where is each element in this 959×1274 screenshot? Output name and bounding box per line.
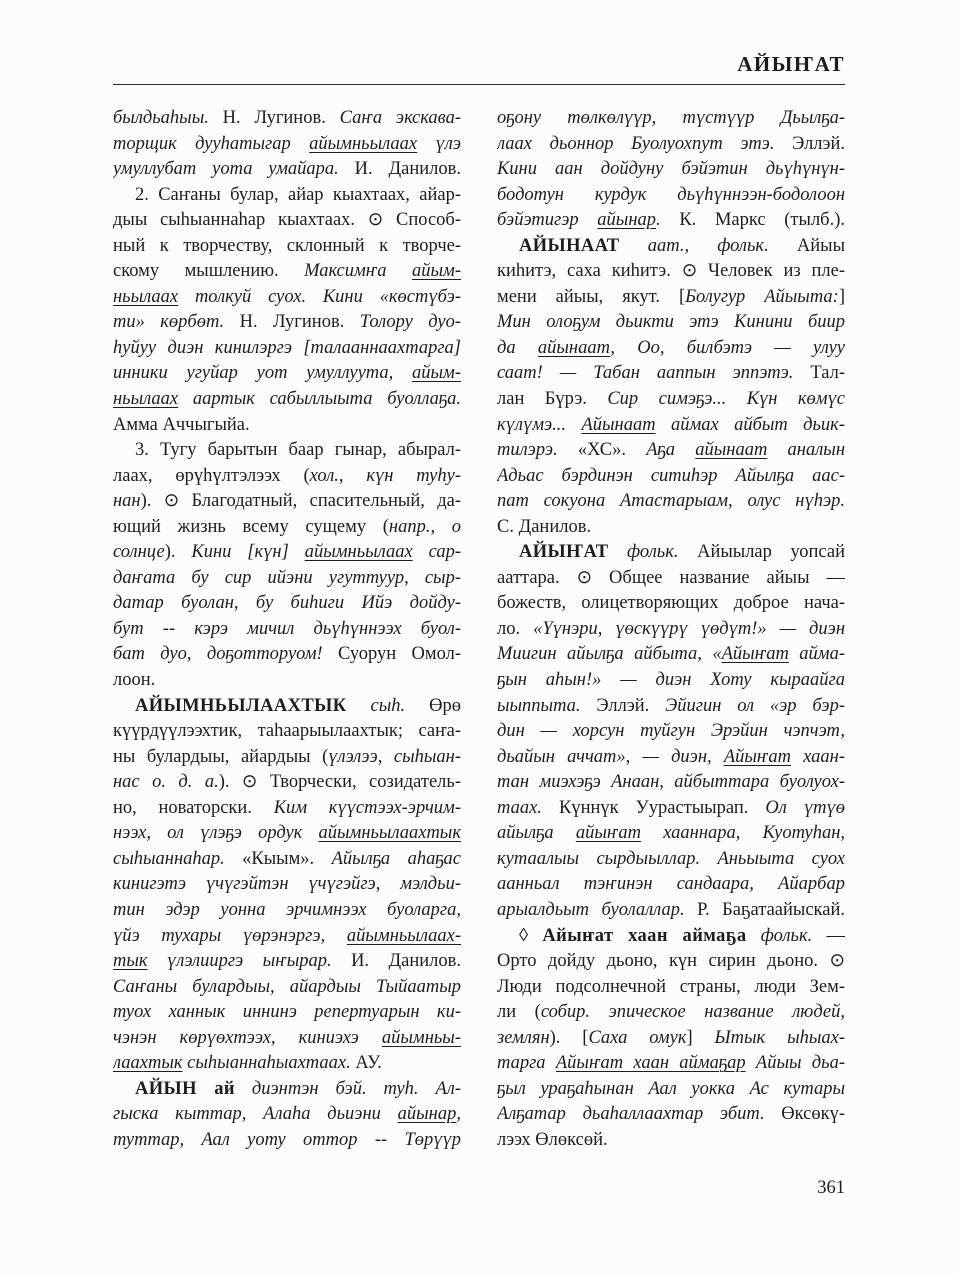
text-segment: собир. эпическое название людей, xyxy=(541,1002,845,1022)
text-segment: ли ( xyxy=(497,1002,541,1022)
text-segment: ). ⊙ Творчески, созидатель- xyxy=(219,772,461,792)
text-segment: айымньылаах xyxy=(309,134,417,154)
text-segment: ны булардыы, айардыы ( xyxy=(113,747,328,767)
text-segment: ). ⊙ Благодатный, спасительный, да- xyxy=(141,491,461,511)
text-line: ти» көрбөт. Н. Лугинов. Толору дуо- xyxy=(113,310,461,336)
text-segment: хаан- xyxy=(791,747,845,767)
text-line: бодотун курдук дьүһүннээн-бодолоон xyxy=(497,183,845,209)
text-segment: даҥата бу сир ийэни угуттуур, сыр- xyxy=(113,568,461,588)
text-segment: туох ханнык иннинэ репертуарын ки- xyxy=(113,1002,461,1022)
text-line: 2. Саҥаны булар, айар кыахтаах, айар- xyxy=(113,183,461,209)
text-line: ◊ Айыҥат хаан аймаҕа фольк. — xyxy=(497,924,845,950)
text-segment: айынаат xyxy=(538,338,611,358)
text-segment: Адьас бэрдинэн ситиһэр Айылҕа аас- xyxy=(497,466,845,486)
text-segment: киһитэ, саха киһитэ. ⊙ Человек из пле- xyxy=(497,261,845,281)
text-line: дыы сыһыаннаһар кыахтаах. ⊙ Способ- xyxy=(113,208,461,234)
text-line: Миигин айылҕа айбыта, «Айыҥат айма- xyxy=(497,642,845,668)
text-segment: тилэрэ. xyxy=(497,440,558,460)
text-segment: «ХС». xyxy=(558,440,647,460)
text-line: тарга Айыҥат хаан аймаҕар Айыы дьа- xyxy=(497,1051,845,1077)
text-segment: АЙЫҤАТ xyxy=(519,542,608,562)
text-segment: лаах, өрүһүлтэлээх ( xyxy=(113,466,310,486)
text-line: умуллубат уота умайара. И. Данилов. xyxy=(113,157,461,183)
text-segment: «Кыым». xyxy=(225,849,332,869)
text-segment: Люди подсолнечной страны, люди Зем- xyxy=(497,977,845,997)
text-line: оҕону төлкөлүүр, түстүүр Дьылҕа- xyxy=(497,106,845,132)
text-line: бут -- кэрэ мичил дьүһүннээх буол- xyxy=(113,617,461,643)
text-segment: Амма Аччыгыйа. xyxy=(113,415,250,435)
text-segment: ҕыл ураҕаһынан Аал уокка Ас кутары xyxy=(497,1079,845,1099)
text-segment: Н. Лугинов. xyxy=(209,108,340,128)
text-segment: туттар, Аал уоту оттор -- Төрүүр xyxy=(113,1130,461,1150)
text-segment: С. Данилов. xyxy=(497,517,591,537)
text-line: Кини аан дойдуну бэйэтин дьүһүнүн- xyxy=(497,157,845,183)
text-line: Мин олоҕум дьикти этэ Кинини биир xyxy=(497,310,845,336)
page-number: 361 xyxy=(113,1178,845,1199)
text-line: дин — хорсун туйгун Эрэйин чэпчэт, xyxy=(497,719,845,745)
text-segment: оҕону төлкөлүүр, түстүүр Дьылҕа- xyxy=(497,108,845,128)
text-segment: айма- xyxy=(789,644,845,664)
text-line: нээх, ол үлэҕэ ордук айымньылаахтык xyxy=(113,821,461,847)
column-right: оҕону төлкөлүүр, түстүүр Дьылҕа-лаах дьо… xyxy=(497,106,845,1153)
text-segment: Сир симэҕэ... Күн көмүс xyxy=(607,389,845,409)
text-segment: ло. xyxy=(497,619,533,639)
text-segment: Миигин айылҕа айбыта, « xyxy=(497,644,722,664)
text-segment: айынар xyxy=(597,210,656,230)
text-line: ющий жизнь всему сущему (напр., о xyxy=(113,515,461,541)
text-segment: Айыҥат xyxy=(722,644,789,664)
text-segment: кутаалыы сырдыыллар. Аньыыта суох xyxy=(497,849,845,869)
text-segment: нээх, ол үлэҕэ ордук xyxy=(113,823,318,843)
text-segment: Мин олоҕум дьикти этэ Кинини биир xyxy=(497,312,845,332)
text-line: дьайын аччат», — диэн, Айыҥат хаан- xyxy=(497,745,845,771)
text-line: нас о. д. а.). ⊙ Творчески, созидатель- xyxy=(113,770,461,796)
text-segment: Саха омук xyxy=(588,1028,686,1048)
text-segment: кинигэтэ үчүгэйтэн үчүгэйгэ, мэлдьи- xyxy=(113,874,461,894)
text-line: ҕын аһын!» — диэн Хоту кыраайга xyxy=(497,668,845,694)
text-line: таах. Күннүк Уурастыырап. Ол үтүө xyxy=(497,796,845,822)
text-line: торщик дууһатыгар айымньылаах үлэ xyxy=(113,132,461,158)
text-segment: божеств, олицетворяющих доброе нача- xyxy=(497,593,845,613)
text-segment: И. Данилов. xyxy=(339,159,461,179)
text-line: сыһыаннаһар. «Кыым». Айылҕа аһаҕас xyxy=(113,847,461,873)
text-segment: гыска кыттар, Алаһа дьиэни xyxy=(113,1104,398,1124)
text-segment: 2. Саҥаны булар, айар кыахтаах, айар- xyxy=(135,185,461,205)
text-segment: айымньылаах xyxy=(305,542,413,562)
text-line: аанньал тэҥинэн сандаара, Айарбар xyxy=(497,872,845,898)
text-segment: үлэ xyxy=(417,134,461,154)
text-segment: ). [ xyxy=(550,1028,589,1048)
text-segment: күүрдүүлээхтик, таһаарыылаахтык; саҥа- xyxy=(113,721,461,741)
text-segment: хааннара, Куотуһан, xyxy=(641,823,845,843)
text-segment: Ол үтүө xyxy=(765,798,845,818)
text-line: ыыппыта. Эллэй. Эйигин ол «эр бэр- xyxy=(497,694,845,720)
text-line: инники угуйар уот умуллуута, айым- xyxy=(113,361,461,387)
text-segment: айыҥат xyxy=(576,823,641,843)
text-segment: айынаат xyxy=(695,440,767,460)
text-segment: сыһ. xyxy=(347,696,406,716)
text-segment: умуллубат уота умайара. xyxy=(113,159,339,179)
text-segment: аналын xyxy=(767,440,845,460)
text-segment: датар буолан, бу биһиги Ийэ дойду- xyxy=(113,593,461,613)
text-segment: Айыҥат хаан аймаҕа xyxy=(542,926,746,946)
text-segment: Саҥа экскава- xyxy=(340,108,461,128)
text-segment: үлэлииргэ ыҥырар. xyxy=(148,951,332,971)
text-line: С. Данилов. xyxy=(497,515,845,541)
text-segment: ] xyxy=(839,287,845,307)
text-segment: үлэлээ, сыһыан- xyxy=(328,747,461,767)
text-segment: Кини [күн] xyxy=(191,542,304,562)
text-segment: Толору дуо- xyxy=(360,312,461,332)
text-line: туох ханнык иннинэ репертуарын ки- xyxy=(113,1000,461,1026)
text-segment: да xyxy=(497,338,538,358)
text-segment: Болугур Айыыта: xyxy=(685,287,839,307)
text-segment: таах. xyxy=(497,798,542,818)
text-segment: Айыҥат хаан аймаҕар xyxy=(556,1053,746,1073)
text-segment: Алҕатар дьаһаллаахтар эбит. xyxy=(497,1104,765,1124)
text-segment: нан xyxy=(113,491,141,511)
text-segment: Айыылар уопсай xyxy=(678,542,845,562)
text-segment: фольк. xyxy=(608,542,678,562)
text-line: солнце). Кини [күн] айымньылаах сар- xyxy=(113,540,461,566)
text-segment: — xyxy=(812,926,845,946)
text-segment: АЙЫНААТ xyxy=(519,236,620,256)
text-segment: Айыы дьа- xyxy=(746,1053,845,1073)
text-line: бэйэтигэр айынар. К. Маркс (тылб.). xyxy=(497,208,845,234)
text-segment: бэйэтигэр xyxy=(497,210,597,230)
text-line: бат дуо, доҕотторуом! Суорун Омол- xyxy=(113,642,461,668)
text-line: мени айыы, якут. [Болугур Айыыта:] xyxy=(497,285,845,311)
text-segment: сыһыаннаһыахтаах. xyxy=(183,1053,351,1073)
text-segment: скому мышлению. xyxy=(113,261,304,281)
text-line: нан). ⊙ Благодатный, спасительный, да- xyxy=(113,489,461,515)
text-line: но, новаторски. Ким күүстээх-эрчим- xyxy=(113,796,461,822)
text-segment: былдьаһыы. xyxy=(113,108,209,128)
text-segment: Суорун Омол- xyxy=(323,644,461,664)
text-line: киһитэ, саха киһитэ. ⊙ Человек из пле- xyxy=(497,259,845,285)
text-segment: Айынаат xyxy=(581,415,655,435)
text-line: былдьаһыы. Н. Лугинов. Саҥа экскава- xyxy=(113,106,461,132)
text-segment: Өрө xyxy=(405,696,461,716)
text-columns: былдьаһыы. Н. Лугинов. Саҥа экскава-торщ… xyxy=(113,106,845,1153)
text-segment: Р. Баҕатаайыскай. xyxy=(685,900,845,920)
text-line: тилэрэ. «ХС». Аҕа айынаат аналын xyxy=(497,438,845,464)
text-segment: инники угуйар уот умуллуута, xyxy=(113,363,412,383)
text-line: күлүмэ... Айынаат аймах айбыт дьик- xyxy=(497,413,845,439)
text-segment: пат сокуона Атастарыам, олус нүһэр. xyxy=(497,491,845,511)
text-segment: Күннүк Уурастыырап. xyxy=(542,798,765,818)
text-segment: айым- xyxy=(412,363,461,383)
text-segment: аймах айбыт дьик- xyxy=(656,415,845,435)
text-line: саат! — Табан ааппын эппэтэ. Тал- xyxy=(497,361,845,387)
text-line: Адьас бэрдинэн ситиһэр Айылҕа аас- xyxy=(497,464,845,490)
text-line: Алҕатар дьаһаллаахтар эбит. Өксөкү- xyxy=(497,1102,845,1128)
text-segment: лоон. xyxy=(113,670,155,690)
text-line: АЙЫНААТ аат., фольк. Айыы xyxy=(497,234,845,260)
text-line: кутаалыы сырдыыллар. Аньыыта суох xyxy=(497,847,845,873)
text-segment: лаахтык xyxy=(113,1053,183,1073)
header-rule xyxy=(113,84,845,85)
text-segment: тан миэхэҕэ Анаан, айбыттара буолуох- xyxy=(497,772,845,792)
text-segment: Ытык ыһыах- xyxy=(715,1028,845,1048)
text-segment: арыалдьыт буолаллар. xyxy=(497,900,685,920)
text-segment: ньылаах xyxy=(113,287,178,307)
text-line: лан Бүрэ. Сир симэҕэ... Күн көмүс xyxy=(497,387,845,413)
dictionary-page: АЙЫҤАТ былдьаһыы. Н. Лугинов. Саҥа экска… xyxy=(0,0,959,1274)
text-line: ны булардыы, айардыы (үлэлээ, сыһыан- xyxy=(113,745,461,771)
text-line: тык үлэлииргэ ыҥырар. И. Данилов. xyxy=(113,949,461,975)
text-line: ло. «Үүнэри, үөскүүрү үөдүт!» — диэн xyxy=(497,617,845,643)
text-segment: Эллэй. xyxy=(581,696,666,716)
text-segment: айынар xyxy=(398,1104,457,1124)
text-segment: чэнэн көрүөхтээх, киниэхэ xyxy=(113,1028,382,1048)
text-line: гыска кыттар, Алаһа дьиэни айынар, xyxy=(113,1102,461,1128)
text-line: кинигэтэ үчүгэйтэн үчүгэйгэ, мэлдьи- xyxy=(113,872,461,898)
text-segment: Айыҥат xyxy=(724,747,791,767)
text-line: ный к творчеству, склонный к творче- xyxy=(113,234,461,260)
text-segment: АУ. xyxy=(351,1053,382,1073)
text-line: Орто дойду дьоно, күн сирин дьоно. ⊙ xyxy=(497,949,845,975)
text-line: АЙЫН ай диэнтэн бэй. туһ. Ал- xyxy=(113,1077,461,1103)
text-segment: , xyxy=(456,1104,461,1124)
text-segment: Орто дойду дьоно, күн сирин дьоно. ⊙ xyxy=(497,951,845,971)
text-line: божеств, олицетворяющих доброе нача- xyxy=(497,591,845,617)
text-line: үйэ тухары үөрэнэргэ, айымньылаах- xyxy=(113,924,461,950)
text-line: һуйуу диэн кинилэргэ [талааннаахтарга] xyxy=(113,336,461,362)
running-head: АЙЫҤАТ xyxy=(113,52,845,77)
text-segment: дьайын аччат», — диэн, xyxy=(497,747,724,767)
text-segment: ◊ xyxy=(519,926,542,946)
text-segment: фольк. xyxy=(747,926,813,946)
text-segment: АЙЫМНЬЫЛААХТЫК xyxy=(135,696,347,716)
text-segment: мени айыы, якут. [ xyxy=(497,287,685,307)
text-segment: землян xyxy=(497,1028,550,1048)
text-segment: солнце xyxy=(113,542,165,562)
text-segment: ыыппыта. xyxy=(497,696,581,716)
text-line: лоон. xyxy=(113,668,461,694)
text-line: арыалдьыт буолаллар. Р. Баҕатаайыскай. xyxy=(497,898,845,924)
text-segment: лаах дьоннор Буолуохпут этэ. xyxy=(497,134,774,154)
text-segment: 3. Тугу барытын баар гынар, абырал- xyxy=(135,440,461,460)
text-segment: бодотун курдук дьүһүннээн-бодолоон xyxy=(497,185,845,205)
text-line: лаах, өрүһүлтэлээх (хол., күн туһу- xyxy=(113,464,461,490)
text-segment: аанньал тэҥинэн сандаара, Айарбар xyxy=(497,874,845,894)
text-line: ли (собир. эпическое название людей, xyxy=(497,1000,845,1026)
text-segment: Кини аан дойдуну бэйэтин дьүһүнүн- xyxy=(497,159,845,179)
text-segment: Аҕа xyxy=(646,440,695,460)
text-segment: тарга xyxy=(497,1053,556,1073)
text-line: ньылаах аартык сабыллыыта буоллаҕа. xyxy=(113,387,461,413)
text-segment: ҕын аһын!» — диэн Хоту кыраайга xyxy=(497,670,845,690)
text-line: лээх Өлөксөй. xyxy=(497,1128,845,1154)
text-segment: но, новаторски. xyxy=(113,798,274,818)
text-segment: И. Данилов. xyxy=(332,951,461,971)
text-segment: айымньылаахтык xyxy=(318,823,461,843)
text-segment: һуйуу диэн кинилэргэ [талааннаахтарга] xyxy=(113,338,461,358)
text-line: ньылаах толкуй суох. Кини «көстүбэ- xyxy=(113,285,461,311)
text-segment: ааттара. ⊙ Общее название айыы — xyxy=(497,568,845,588)
column-left: былдьаһыы. Н. Лугинов. Саҥа экскава-торщ… xyxy=(113,106,461,1153)
text-segment: сар- xyxy=(413,542,461,562)
text-line: күүрдүүлээхтик, таһаарыылаахтык; саҥа- xyxy=(113,719,461,745)
text-segment: Максимҥа xyxy=(304,261,412,281)
text-segment: айым- xyxy=(412,261,461,281)
text-segment: ). xyxy=(165,542,192,562)
text-segment: лээх Өлөксөй. xyxy=(497,1130,608,1150)
text-segment: торщик дууһатыгар xyxy=(113,134,309,154)
text-segment: ] xyxy=(686,1028,714,1048)
text-line: тан миэхэҕэ Анаан, айбыттара буолуох- xyxy=(497,770,845,796)
text-segment: нас о. д. а. xyxy=(113,772,219,792)
text-segment: Эйигин ол «эр бэр- xyxy=(665,696,845,716)
text-segment: сыһыаннаһар. xyxy=(113,849,225,869)
text-segment: ньылаах xyxy=(113,389,178,409)
text-segment: саат! — Табан ааппын эппэтэ. xyxy=(497,363,793,383)
text-segment: дин — хорсун туйгун Эрэйин чэпчэт, xyxy=(497,721,845,741)
text-line: землян). [Саха омук] Ытык ыһыах- xyxy=(497,1026,845,1052)
text-line: лаах дьоннор Буолуохпут этэ. Эллэй. xyxy=(497,132,845,158)
text-line: чэнэн көрүөхтээх, киниэхэ айымньы- xyxy=(113,1026,461,1052)
text-line: Саҥаны булардыы, айардыы Тыйаатыр xyxy=(113,975,461,1001)
text-segment: толкуй суох. Кини «көстүбэ- xyxy=(178,287,461,307)
text-line: АЙЫМНЬЫЛААХТЫК сыһ. Өрө xyxy=(113,694,461,720)
text-segment: Н. Лугинов. xyxy=(224,312,360,332)
text-segment: Эллэй. xyxy=(774,134,845,154)
text-segment: айымньы- xyxy=(382,1028,461,1048)
text-line: даҥата бу сир ийэни угуттуур, сыр- xyxy=(113,566,461,592)
text-line: туттар, Аал уоту оттор -- Төрүүр xyxy=(113,1128,461,1154)
text-segment: тык xyxy=(113,951,148,971)
text-segment: ти» көрбөт. xyxy=(113,312,224,332)
text-segment: айымньылаах- xyxy=(347,926,461,946)
text-line: айылҕа айыҥат хааннара, Куотуһан, xyxy=(497,821,845,847)
text-line: ааттара. ⊙ Общее название айыы — xyxy=(497,566,845,592)
text-segment: бут -- кэрэ мичил дьүһүннээх буол- xyxy=(113,619,461,639)
text-line: Амма Аччыгыйа. xyxy=(113,413,461,439)
text-line: АЙЫҤАТ фольк. Айыылар уопсай xyxy=(497,540,845,566)
text-segment: ющий жизнь всему сущему ( xyxy=(113,517,389,537)
text-segment: , Оо, билбэтэ — улуу xyxy=(610,338,845,358)
text-segment: Айыы xyxy=(769,236,845,256)
text-line: тин эдэр уонна эрчимнээх буоларга, xyxy=(113,898,461,924)
text-segment: диэнтэн бэй. туһ. Ал- xyxy=(235,1079,461,1099)
text-segment: үйэ тухары үөрэнэргэ, xyxy=(113,926,347,946)
text-segment: аартык сабыллыыта буоллаҕа. xyxy=(178,389,461,409)
text-segment: тин эдэр уонна эрчимнээх буоларга, xyxy=(113,900,461,920)
text-line: 3. Тугу барытын баар гынар, абырал- xyxy=(113,438,461,464)
text-line: лаахтык сыһыаннаһыахтаах. АУ. xyxy=(113,1051,461,1077)
text-segment: бат дуо, доҕотторуом! xyxy=(113,644,323,664)
text-segment: күлүмэ... xyxy=(497,415,581,435)
text-segment: «Үүнэри, үөскүүрү үөдүт!» — диэн xyxy=(533,619,845,639)
text-line: да айынаат, Оо, билбэтэ — улуу xyxy=(497,336,845,362)
text-segment: аат., фольк. xyxy=(620,236,769,256)
text-segment: Тал- xyxy=(793,363,845,383)
text-segment: К. Маркс (тылб.). xyxy=(661,210,845,230)
text-segment: лан Бүрэ. xyxy=(497,389,607,409)
text-segment: дыы сыһыаннаһар кыахтаах. ⊙ Способ- xyxy=(113,210,461,230)
text-segment: Саҥаны булардыы, айардыы Тыйаатыр xyxy=(113,977,461,997)
text-segment: ный к творчеству, склонный к творче- xyxy=(113,236,461,256)
text-segment: напр., о xyxy=(389,517,461,537)
text-line: датар буолан, бу биһиги Ийэ дойду- xyxy=(113,591,461,617)
text-segment: хол., күн туһу- xyxy=(310,466,461,486)
text-segment: Айылҕа аһаҕас xyxy=(332,849,461,869)
text-line: Люди подсолнечной страны, люди Зем- xyxy=(497,975,845,1001)
text-segment: Ким күүстээх-эрчим- xyxy=(274,798,461,818)
text-line: скому мышлению. Максимҥа айым- xyxy=(113,259,461,285)
text-segment: АЙЫН ай xyxy=(135,1079,235,1099)
text-line: пат сокуона Атастарыам, олус нүһэр. xyxy=(497,489,845,515)
text-segment: Өксөкү- xyxy=(765,1104,845,1124)
text-line: ҕыл ураҕаһынан Аал уокка Ас кутары xyxy=(497,1077,845,1103)
text-segment: айылҕа xyxy=(497,823,576,843)
